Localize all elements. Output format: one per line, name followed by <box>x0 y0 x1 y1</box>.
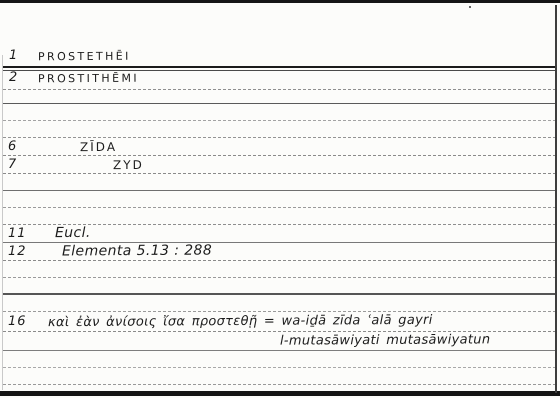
row-number: 11 <box>8 226 27 241</box>
row-number: 6 <box>8 139 17 154</box>
row-text: ZYD <box>113 158 144 172</box>
card-left-border <box>2 55 3 390</box>
ruled-line <box>3 311 556 312</box>
ruled-line <box>3 173 556 174</box>
ruled-line <box>3 70 556 71</box>
ruled-line <box>3 277 556 278</box>
row-text: καὶ ἐὰν ἀνίσοις ἴσα προστεθῇ = wa-iḏā zī… <box>48 313 433 330</box>
ruled-line <box>3 103 556 104</box>
ruled-line <box>3 367 556 368</box>
row-number: 1 <box>9 48 18 63</box>
ruled-line <box>3 384 556 385</box>
row-text: ZĪDA <box>80 140 117 154</box>
ruled-line <box>3 190 556 191</box>
card-bottom-border <box>0 391 560 396</box>
row-number: 16 <box>8 314 27 329</box>
row-text: Elementa 5.13 : 288 <box>62 243 212 260</box>
index-card: 1 PROSTETHĒI 2 PROSTITHĒMI 6 ZĪDA 7 ZYD … <box>0 0 560 398</box>
ruled-line <box>3 89 556 90</box>
ruled-line <box>3 120 556 121</box>
ruled-line <box>3 66 556 68</box>
ruled-line <box>3 293 556 295</box>
ruled-line <box>3 207 556 208</box>
row-text: PROSTETHĒI <box>38 50 131 64</box>
ruled-line <box>3 137 556 138</box>
ruled-line <box>3 350 556 351</box>
card-top-border <box>0 0 560 3</box>
card-right-border <box>555 5 557 393</box>
row-text: PROSTITHĒMI <box>38 72 139 86</box>
ruled-line <box>3 260 556 261</box>
ink-speck <box>469 6 471 8</box>
row-text-continued: l-mutasāwiyati mutasāwiyatun <box>280 332 490 348</box>
row-number: 12 <box>8 244 27 259</box>
ruled-line <box>3 155 556 156</box>
row-text: Eucl. <box>55 225 91 241</box>
row-number: 2 <box>9 70 18 85</box>
row-number: 7 <box>8 157 17 172</box>
